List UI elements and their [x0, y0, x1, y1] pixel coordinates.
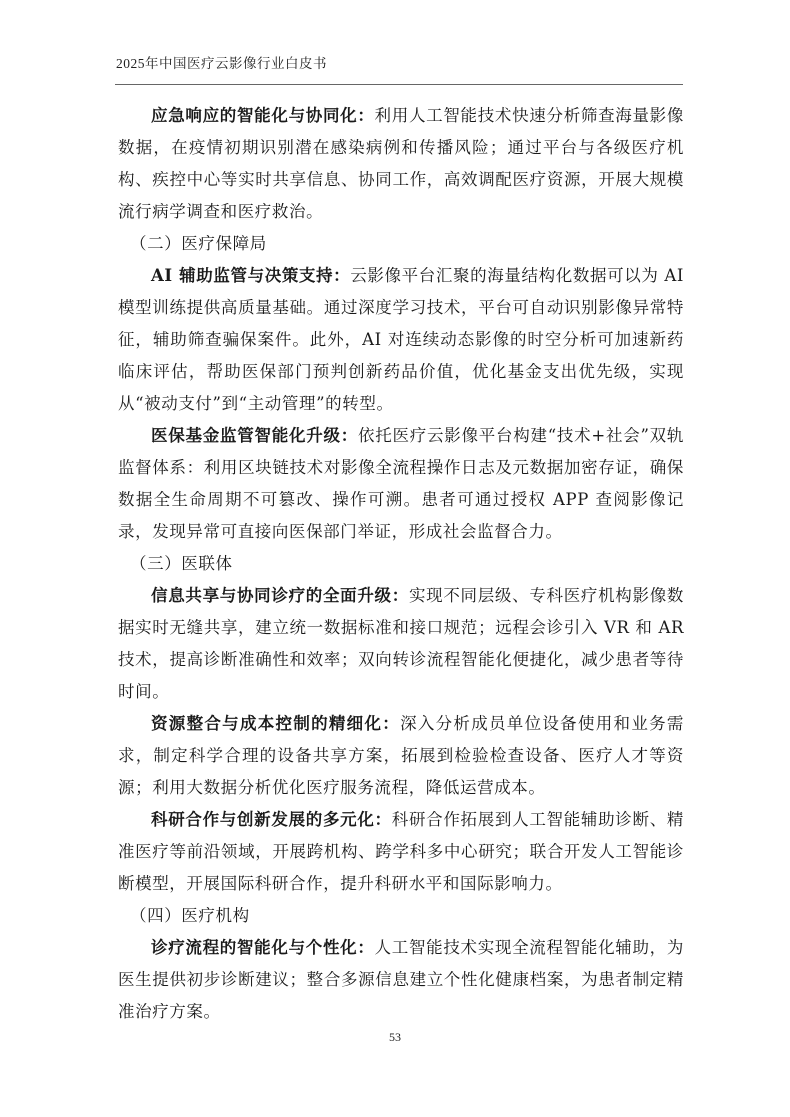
paragraph-lead: AI 辅助监管与决策支持： [151, 266, 350, 285]
paragraph-lead: 资源整合与成本控制的精细化： [151, 714, 400, 733]
paragraph-resource-integration: 资源整合与成本控制的精细化：深入分析成员单位设备使用和业务需求，制定科学合理的设… [118, 708, 684, 804]
page-number: 53 [0, 1030, 790, 1045]
paragraph-emergency-response: 应急响应的智能化与协同化：利用人工智能技术快速分析筛查海量影像数据，在疫情初期识… [118, 100, 684, 228]
paragraph-research-collaboration: 科研合作与创新发展的多元化：科研合作拓展到人工智能辅助诊断、精准医疗等前沿领域，… [118, 804, 684, 900]
paragraph-fund-supervision: 医保基金监管智能化升级：依托医疗云影像平台构建“技术+社会”双轨监督体系：利用区… [118, 420, 684, 548]
paragraph-info-sharing: 信息共享与协同诊疗的全面升级：实现不同层级、专科医疗机构影像数据实时无缝共享，建… [118, 580, 684, 708]
paragraph-ai-supervision: AI 辅助监管与决策支持：云影像平台汇聚的海量结构化数据可以为 AI 模型训练提… [118, 260, 684, 420]
paragraph-diagnosis-workflow: 诊疗流程的智能化与个性化：人工智能技术实现全流程智能化辅助，为医生提供初步诊断建… [118, 932, 684, 1028]
section-heading-medical-insurance-bureau: （二）医疗保障局 [118, 228, 684, 260]
running-header: 2025年中国医疗云影像行业白皮书 [116, 52, 327, 72]
section-heading-medical-alliance: （三）医联体 [118, 548, 684, 580]
paragraph-lead: 科研合作与创新发展的多元化： [151, 810, 392, 829]
paragraph-lead: 医保基金监管智能化升级： [151, 426, 358, 445]
body-content: 应急响应的智能化与协同化：利用人工智能技术快速分析筛查海量影像数据，在疫情初期识… [118, 100, 684, 1028]
paragraph-lead: 诊疗流程的智能化与个性化： [151, 938, 375, 957]
paragraph-text: 云影像平台汇聚的海量结构化数据可以为 AI 模型训练提供高质量基础。通过深度学习… [118, 266, 684, 413]
paragraph-lead: 应急响应的智能化与协同化： [151, 106, 375, 125]
header-divider [115, 84, 683, 85]
paragraph-lead: 信息共享与协同诊疗的全面升级： [151, 586, 409, 605]
section-heading-medical-institutions: （四）医疗机构 [118, 900, 684, 932]
